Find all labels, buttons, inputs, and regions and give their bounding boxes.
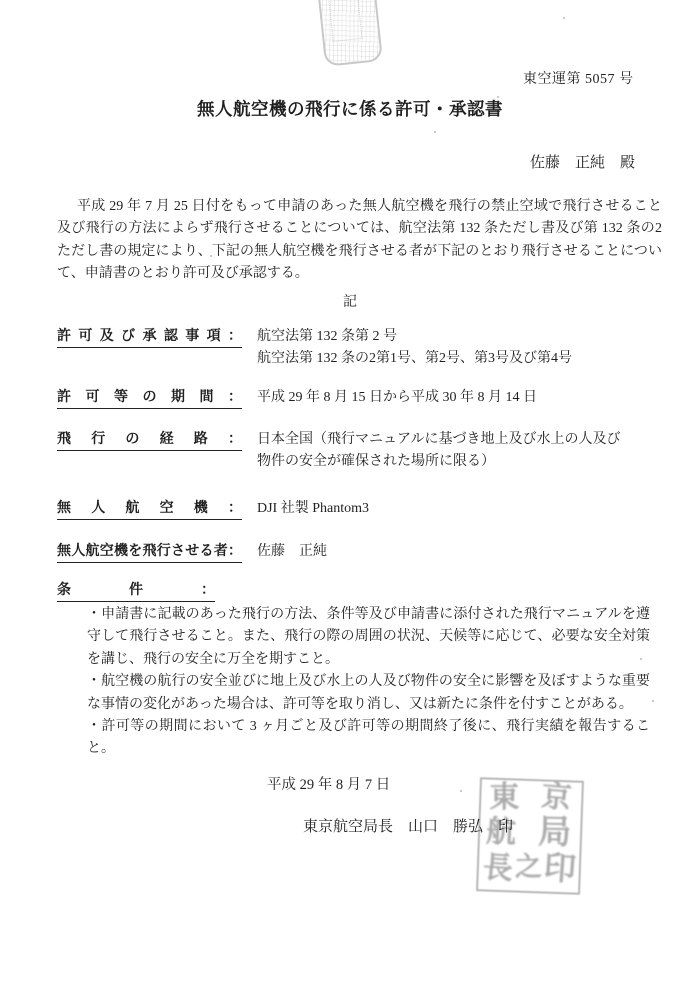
condition-item: ・許可等の期間において 3 ヶ月ごと及び許可等の期間終了後に、飛行実績を報告する… (87, 716, 650, 761)
condition-text: 航空機の航行の安全並びに地上及び水上の人及び物件の安全に影響を及ぼすような重要な… (87, 674, 650, 711)
list-marker: 記 (0, 292, 700, 314)
section-value-line: 平成 29 年 8 月 15 日から平成 30 年 8 月 14 日 (257, 387, 537, 409)
section-value: 日本全国（飛行マニュアルに基づき地上及び水上の人及び 物件の安全が確保された場所… (257, 429, 620, 474)
scanned-permit-document: 東空運第 5057 号 無人航空機の飛行に係る許可・承認書 佐藤 正純 殿 平成… (0, 0, 700, 990)
condition-text: 申請書に記載のあった飛行の方法、条件等及び申請書に添付された飛行マニュアルを遵守… (87, 607, 650, 667)
section-value-line: 航空法第 132 条の2第1号、第2号、第3号及び第4号 (257, 348, 572, 370)
scan-speck (563, 17, 565, 19)
document-number: 東空運第 5057 号 (523, 69, 634, 91)
section-value: 航空法第 132 条第 2 号 航空法第 132 条の2第1号、第2号、第3号及… (257, 326, 572, 371)
seal-char: 京 (540, 782, 573, 815)
document-title: 無人航空機の飛行に係る許可・承認書 (0, 97, 700, 121)
condition-item: ・航空機の航行の安全並びに地上及び水上の人及び物件の安全に影響を及ぼすような重要… (87, 671, 650, 716)
seal-char: 印 (543, 851, 577, 885)
section-label: 許可等の期間： (57, 388, 242, 409)
seal-char: 之 (515, 854, 542, 881)
section-value: 平成 29 年 8 月 15 日から平成 30 年 8 月 14 日 (257, 387, 537, 409)
section-value-line: 物件の安全が確保された場所に限る） (257, 451, 620, 473)
issue-date: 平成 29 年 8 月 7 日 (267, 774, 390, 796)
section-label: 無人航空機を飛行させる者： (57, 542, 242, 563)
section-value: 佐藤 正純 (257, 541, 327, 563)
bullet-icon: ・ (87, 607, 101, 622)
bullet-icon: ・ (87, 719, 101, 734)
section-value-line: DJI 社製 Phantom3 (257, 498, 369, 520)
section-conditions-heading: 条件： (57, 580, 215, 602)
scan-speck (434, 131, 436, 133)
section-label: 許可及び承認事項： (57, 327, 242, 348)
section-flight-route: 飛行の経路： 日本全国（飛行マニュアルに基づき地上及び水上の人及び 物件の安全が… (57, 429, 620, 474)
section-label: 条件： (57, 581, 215, 602)
section-permit-period: 許可等の期間： 平成 29 年 8 月 15 日から平成 30 年 8 月 14… (57, 387, 537, 409)
section-value: DJI 社製 Phantom3 (257, 498, 369, 520)
signer-line: 東京航空局長 山口 勝弘 印 (303, 816, 513, 838)
conditions-list: ・申請書に記載のあった飛行の方法、条件等及び申請書に添付された飛行マニュアルを遵… (87, 604, 650, 761)
top-stamp-artifact (317, 0, 383, 67)
addressee: 佐藤 正純 殿 (530, 152, 635, 174)
section-uav-operator: 無人航空機を飛行させる者： 佐藤 正純 (57, 541, 327, 563)
body-paragraph: 平成 29 年 7 月 25 日付をもって申請のあった無人航空機を飛行の禁止空域… (57, 196, 662, 286)
scan-speck (652, 700, 654, 702)
section-uav-model: 無人航空機： DJI 社製 Phantom3 (57, 498, 369, 520)
section-permitted-items: 許可及び承認事項： 航空法第 132 条第 2 号 航空法第 132 条の2第1… (57, 326, 572, 371)
section-value-line: 佐藤 正純 (257, 541, 327, 563)
condition-text: 許可等の期間において 3 ヶ月ごと及び許可等の期間終了後に、飛行実績を報告するこ… (87, 719, 650, 756)
scan-speck (460, 790, 462, 792)
stamp-smudge (328, 0, 362, 42)
section-label: 無人航空機： (57, 499, 242, 520)
seal-char: 局 (538, 817, 572, 851)
bullet-icon: ・ (87, 674, 101, 689)
seal-char: 長 (482, 853, 514, 885)
condition-item: ・申請書に記載のあった飛行の方法、条件等及び申請書に添付された飛行マニュアルを遵… (87, 604, 650, 671)
section-label: 飛行の経路： (57, 430, 242, 451)
section-value-line: 航空法第 132 条第 2 号 (257, 326, 572, 348)
section-value-line: 日本全国（飛行マニュアルに基づき地上及び水上の人及び (257, 429, 620, 451)
seal-char: 東 (489, 783, 519, 813)
